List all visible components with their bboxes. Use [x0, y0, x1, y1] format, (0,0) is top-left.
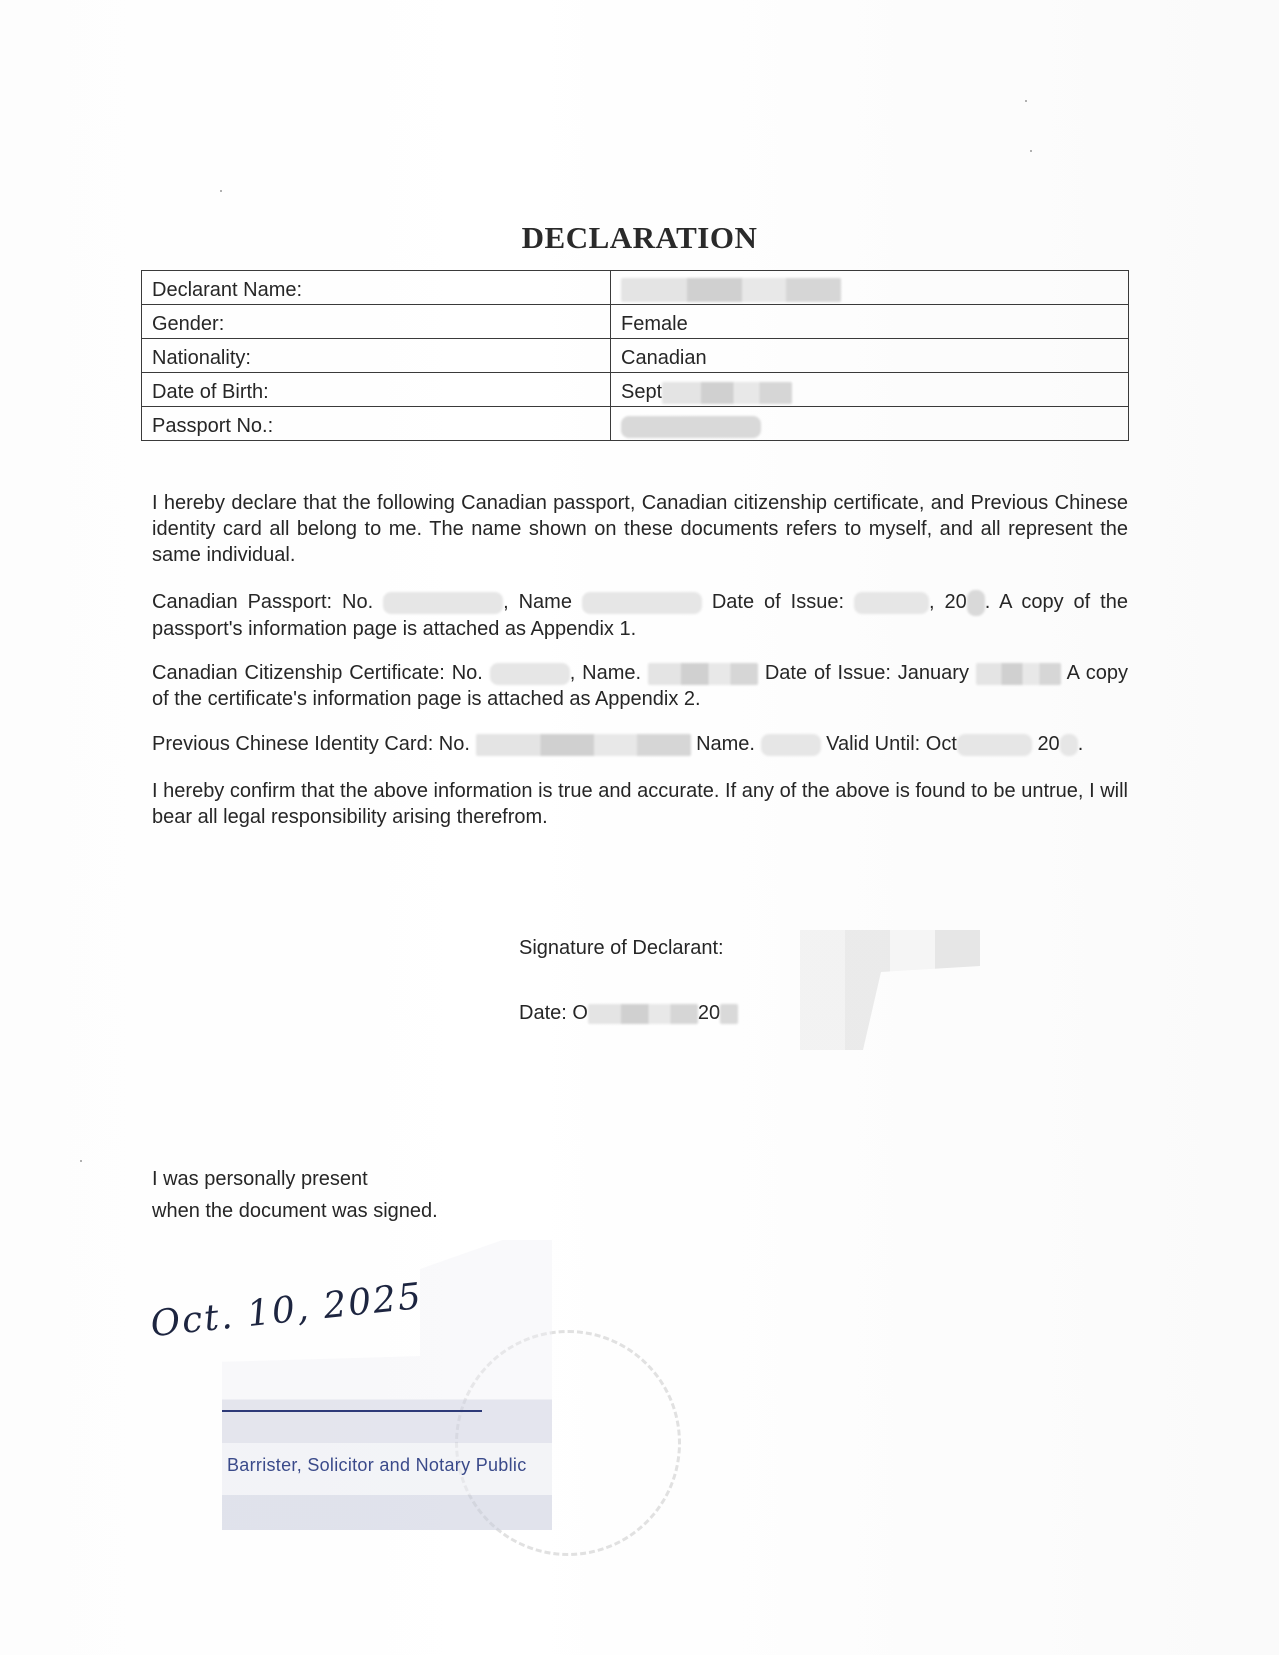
declarant-name-value: [611, 271, 1129, 305]
scan-speck: [80, 1160, 82, 1162]
redacted-chinese-id-number: [476, 734, 691, 756]
table-row: Date of Birth: Sept: [142, 373, 1129, 407]
table-row: Passport No.:: [142, 407, 1129, 441]
document-title: DECLARATION: [0, 220, 1279, 256]
dob-label: Date of Birth:: [142, 373, 611, 407]
passport-name-label: , Name: [503, 591, 572, 613]
redacted-date-year: [720, 1004, 738, 1024]
redacted-chinese-id-name: [761, 734, 821, 756]
scan-speck: [1030, 150, 1032, 152]
gender-label: Gender:: [142, 305, 611, 339]
confirmation-paragraph: I hereby confirm that the above informat…: [152, 778, 1128, 830]
chinese-id-name-label: Name.: [696, 733, 755, 755]
notary-signature-line: [222, 1410, 482, 1412]
passport-prefix: Canadian Passport: No.: [152, 591, 373, 613]
declarant-info-table: Declarant Name: Gender: Female Nationali…: [141, 270, 1129, 441]
intro-paragraph: I hereby declare that the following Cana…: [152, 490, 1128, 568]
witness-statement: I was personally present when the docume…: [152, 1163, 438, 1227]
table-row: Declarant Name:: [142, 271, 1129, 305]
redacted-passport-number: [383, 592, 503, 614]
scan-speck: [220, 190, 222, 192]
nationality-value: Canadian: [611, 339, 1129, 373]
redacted-dob: [662, 382, 792, 404]
dob-value: Sept: [611, 373, 1129, 407]
chinese-id-paragraph: Previous Chinese Identity Card: No. Name…: [152, 731, 1128, 757]
witness-line-2: when the document was signed.: [152, 1195, 438, 1227]
signature-label: Signature of Declarant:: [519, 937, 724, 960]
citizenship-paragraph: Canadian Citizenship Certificate: No. , …: [152, 660, 1128, 712]
redacted-passport-no: [621, 416, 761, 438]
passport-no-label: Passport No.:: [142, 407, 611, 441]
notary-title: Barrister, Solicitor and Notary Public: [227, 1455, 527, 1476]
date-label: Date: O: [519, 1002, 588, 1024]
redacted-citizenship-date: [976, 663, 1061, 685]
witness-line-1: I was personally present: [152, 1163, 438, 1195]
dob-partial: Sept: [621, 381, 662, 403]
scan-speck: [1025, 100, 1027, 102]
redacted-citizenship-name: [648, 663, 758, 685]
chinese-id-prefix: Previous Chinese Identity Card: No.: [152, 733, 470, 755]
redacted-citizenship-number: [490, 663, 570, 685]
citizenship-name-label: , Name.: [570, 662, 641, 684]
nationality-label: Nationality:: [142, 339, 611, 373]
table-row: Gender: Female: [142, 305, 1129, 339]
table-row: Nationality: Canadian: [142, 339, 1129, 373]
citizenship-issue-label: Date of Issue: January: [765, 662, 969, 684]
redacted-date: [588, 1004, 698, 1024]
chinese-id-valid-label: Valid Until: Oct: [826, 733, 957, 755]
redacted-passport-year: [967, 590, 985, 616]
gender-value: Female: [611, 305, 1129, 339]
date-field: Date: O20: [519, 1002, 738, 1025]
redacted-name: [621, 278, 841, 302]
date-year-prefix: 20: [698, 1002, 720, 1024]
passport-issue-label: Date of Issue:: [712, 591, 844, 613]
chinese-id-year-prefix: 20: [1037, 733, 1059, 755]
passport-paragraph: Canadian Passport: No. , Name Date of Is…: [152, 589, 1128, 642]
redacted-passport-issue-date: [854, 592, 929, 614]
passport-no-value: [611, 407, 1129, 441]
redacted-chinese-id-year: [1060, 734, 1078, 756]
citizenship-prefix: Canadian Citizenship Certificate: No.: [152, 662, 483, 684]
declarant-name-label: Declarant Name:: [142, 271, 611, 305]
redacted-chinese-id-valid-date: [957, 734, 1032, 756]
passport-year-prefix: , 20: [929, 591, 967, 613]
chinese-id-suffix: .: [1078, 733, 1084, 755]
redacted-passport-name: [582, 592, 702, 614]
